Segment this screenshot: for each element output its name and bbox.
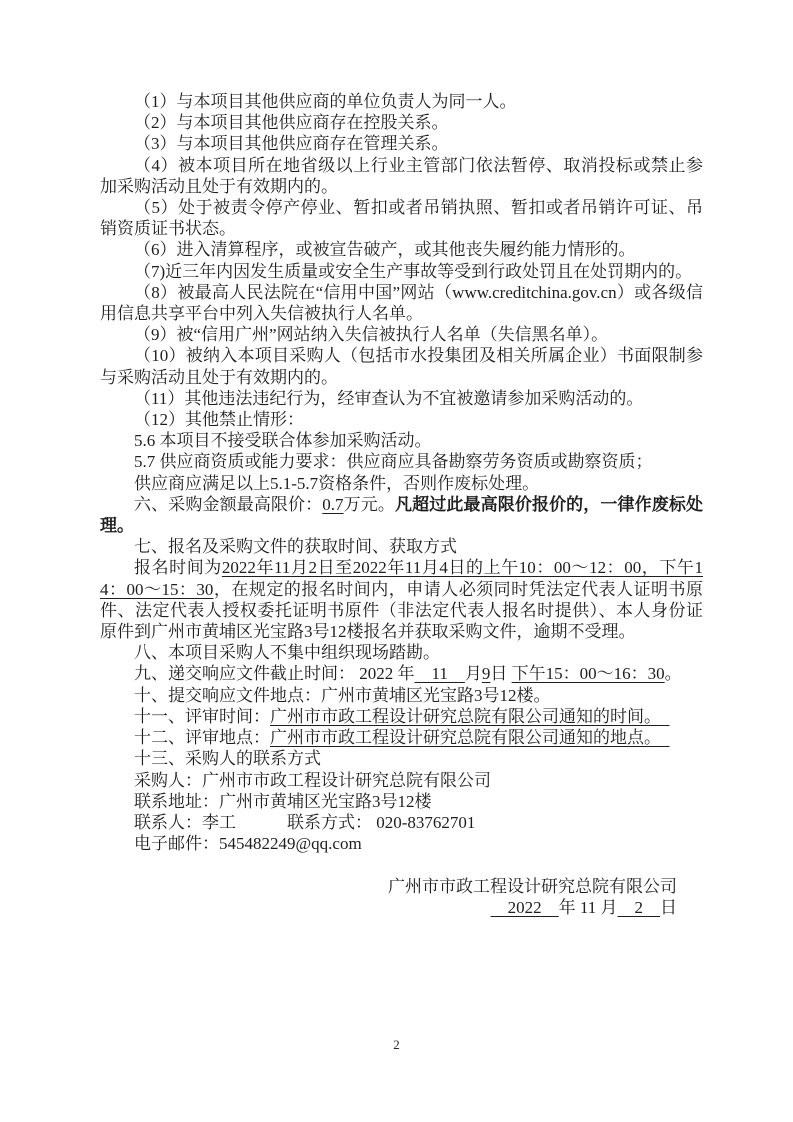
item-1: （1）与本项目其他供应商的单位负责人为同一人。 xyxy=(100,91,703,112)
item-5: （5）处于被责令停产停业、暂扣或者吊销执照、暂扣或者吊销许可证、吊销资质证书状态… xyxy=(100,197,703,239)
text-run: （8）被最高人民法院在“信用中国”网站（www.creditchina.gov.… xyxy=(100,283,703,323)
text-run: 供应商应满足以上5.1-5.7资格条件，否则作废标处理。 xyxy=(134,474,539,493)
text-run: 2 xyxy=(618,898,661,917)
text-run: 万元。 xyxy=(344,495,395,514)
text-run: 2022 xyxy=(491,898,559,917)
text-run: 11 xyxy=(415,664,465,683)
signature-date: 2022 年 11 月 2 日 xyxy=(100,897,703,918)
text-run: 十、提交响应文件地点：广州市黄埔区光宝路3号12楼。 xyxy=(134,686,551,705)
text-run: 十二、评审地点： xyxy=(134,728,270,747)
spacer xyxy=(100,854,703,875)
text-run: 年 11 月 xyxy=(559,898,618,917)
page-number: 2 xyxy=(0,1037,793,1053)
text-run: 八、本项目采购人不集中组织现场踏勘。 xyxy=(134,643,440,662)
text-run: 联系地址：广州市黄埔区光宝路3号12楼 xyxy=(134,792,432,811)
text-run: 0.7 xyxy=(322,495,343,514)
text-run: （7)近三年内因发生质量或安全生产事故等受到行政处罚且在处罚期内的。 xyxy=(134,262,692,281)
item-6: （6）进入清算程序，或被宣告破产，或其他丧失履约能力情形的。 xyxy=(100,239,703,260)
contact-purchaser: 采购人：广州市市政工程设计研究总院有限公司 xyxy=(100,770,703,791)
text-run: 七、报名及采购文件的获取时间、获取方式 xyxy=(134,537,457,556)
text-run: 六、采购金额最高限价： xyxy=(134,495,322,514)
text-run: 5.7 供应商资质或能力要求：供应商应具备勘察劳务资质或勘察资质； xyxy=(134,452,653,471)
item-9: （9）被“信用广州”网站纳入失信被执行人名单（失信黑名单）。 xyxy=(100,324,703,345)
contact-person: 联系人：李工 联系方式： 020-83762701 xyxy=(100,812,703,833)
text-run: 报名时间为 xyxy=(134,558,222,577)
section-8-site-visit: 八、本项目采购人不集中组织现场踏勘。 xyxy=(100,642,703,663)
text-run: （9）被“信用广州”网站纳入失信被执行人名单（失信黑名单）。 xyxy=(134,325,608,344)
text-run: （6）进入清算程序，或被宣告破产，或其他丧失履约能力情形的。 xyxy=(134,240,636,259)
document-body: （1）与本项目其他供应商的单位负责人为同一人。（2）与本项目其他供应商存在控股关… xyxy=(100,91,703,918)
item-4: （4）被本项目所在地省级以上行业主管部门依法暂停、取消投标或禁止参加采购活动且处… xyxy=(100,155,703,197)
text-run: 电子邮件：545482249@qq.com xyxy=(134,834,362,853)
section-6-price-limit: 六、采购金额最高限价：0.7万元。凡超过此最高限价报价的，一律作废标处理。 xyxy=(100,494,703,536)
text-run: （4）被本项目所在地省级以上行业主管部门依法暂停、取消投标或禁止参加采购活动且处… xyxy=(100,156,703,196)
text-run: 采购人：广州市市政工程设计研究总院有限公司 xyxy=(134,771,491,790)
clause-5-6: 5.6 本项目不接受联合体参加采购活动。 xyxy=(100,430,703,451)
contact-address: 联系地址：广州市黄埔区光宝路3号12楼 xyxy=(100,791,703,812)
text-run: （1）与本项目其他供应商的单位负责人为同一人。 xyxy=(134,92,517,111)
item-7: （7)近三年内因发生质量或安全生产事故等受到行政处罚且在处罚期内的。 xyxy=(100,261,703,282)
text-run: （12）其他禁止情形： xyxy=(134,410,304,429)
section-12-review-place: 十二、评审地点：广州市市政工程设计研究总院有限公司通知的地点。 xyxy=(100,727,703,748)
section-7-body: 报名时间为2022年11月2日至2022年11月4日的上午10：00～12：00… xyxy=(100,557,703,642)
text-run: 日 xyxy=(490,664,511,683)
text-run: 十三、采购人的联系方式 xyxy=(134,749,321,768)
text-run: 九、递交响应文件截止时间： 2022 年 xyxy=(134,664,415,683)
clause-5-7-note: 供应商应满足以上5.1-5.7资格条件，否则作废标处理。 xyxy=(100,473,703,494)
item-2: （2）与本项目其他供应商存在控股关系。 xyxy=(100,112,703,133)
signature-company: 广州市市政工程设计研究总院有限公司 xyxy=(100,876,703,897)
text-run: 下午15：00～16：30 xyxy=(512,664,665,683)
text-run: 广州市市政工程设计研究总院有限公司通知的时间。 xyxy=(270,707,670,726)
text-run: 十一、评审时间： xyxy=(134,707,270,726)
section-7-heading: 七、报名及采购文件的获取时间、获取方式 xyxy=(100,536,703,557)
clause-5-7: 5.7 供应商资质或能力要求：供应商应具备勘察劳务资质或勘察资质； xyxy=(100,451,703,472)
section-9-deadline: 九、递交响应文件截止时间： 2022 年 11 月9日 下午15：00～16：3… xyxy=(100,663,703,684)
text-run: 。 xyxy=(665,664,682,683)
section-10-location: 十、提交响应文件地点：广州市黄埔区光宝路3号12楼。 xyxy=(100,685,703,706)
text-run: 广州市市政工程设计研究总院有限公司 xyxy=(388,877,677,896)
item-10: （10）被纳入本项目采购人（包括市水投集团及相关所属企业）书面限制参与采购活动且… xyxy=(100,345,703,387)
text-run: 5.6 本项目不接受联合体参加采购活动。 xyxy=(134,431,432,450)
item-8: （8）被最高人民法院在“信用中国”网站（www.creditchina.gov.… xyxy=(100,282,703,324)
item-12: （12）其他禁止情形： xyxy=(100,409,703,430)
text-run: 联系人：李工 联系方式： 020-83762701 xyxy=(134,813,475,832)
section-13-heading: 十三、采购人的联系方式 xyxy=(100,748,703,769)
text-run: （3）与本项目其他供应商存在管理关系。 xyxy=(134,134,449,153)
text-run: （5）处于被责令停产停业、暂扣或者吊销执照、暂扣或者吊销许可证、吊销资质证书状态… xyxy=(100,198,703,238)
item-11: （11）其他违法违纪行为，经审查认为不宜被邀请参加采购活动的。 xyxy=(100,388,703,409)
item-3: （3）与本项目其他供应商存在管理关系。 xyxy=(100,133,703,154)
contact-email: 电子邮件：545482249@qq.com xyxy=(100,833,703,854)
text-run: 广州市市政工程设计研究总院有限公司通知的地点。 xyxy=(270,728,670,747)
section-11-review-time: 十一、评审时间：广州市市政工程设计研究总院有限公司通知的时间。 xyxy=(100,706,703,727)
text-run: （11）其他违法违纪行为，经审查认为不宜被邀请参加采购活动的。 xyxy=(134,389,643,408)
text-run: （2）与本项目其他供应商存在控股关系。 xyxy=(134,113,449,132)
text-run: 月 xyxy=(465,664,482,683)
text-run: 日 xyxy=(660,898,677,917)
text-run: （10）被纳入本项目采购人（包括市水投集团及相关所属企业）书面限制参与采购活动且… xyxy=(100,346,703,386)
document-page: （1）与本项目其他供应商的单位负责人为同一人。（2）与本项目其他供应商存在控股关… xyxy=(0,0,793,1122)
